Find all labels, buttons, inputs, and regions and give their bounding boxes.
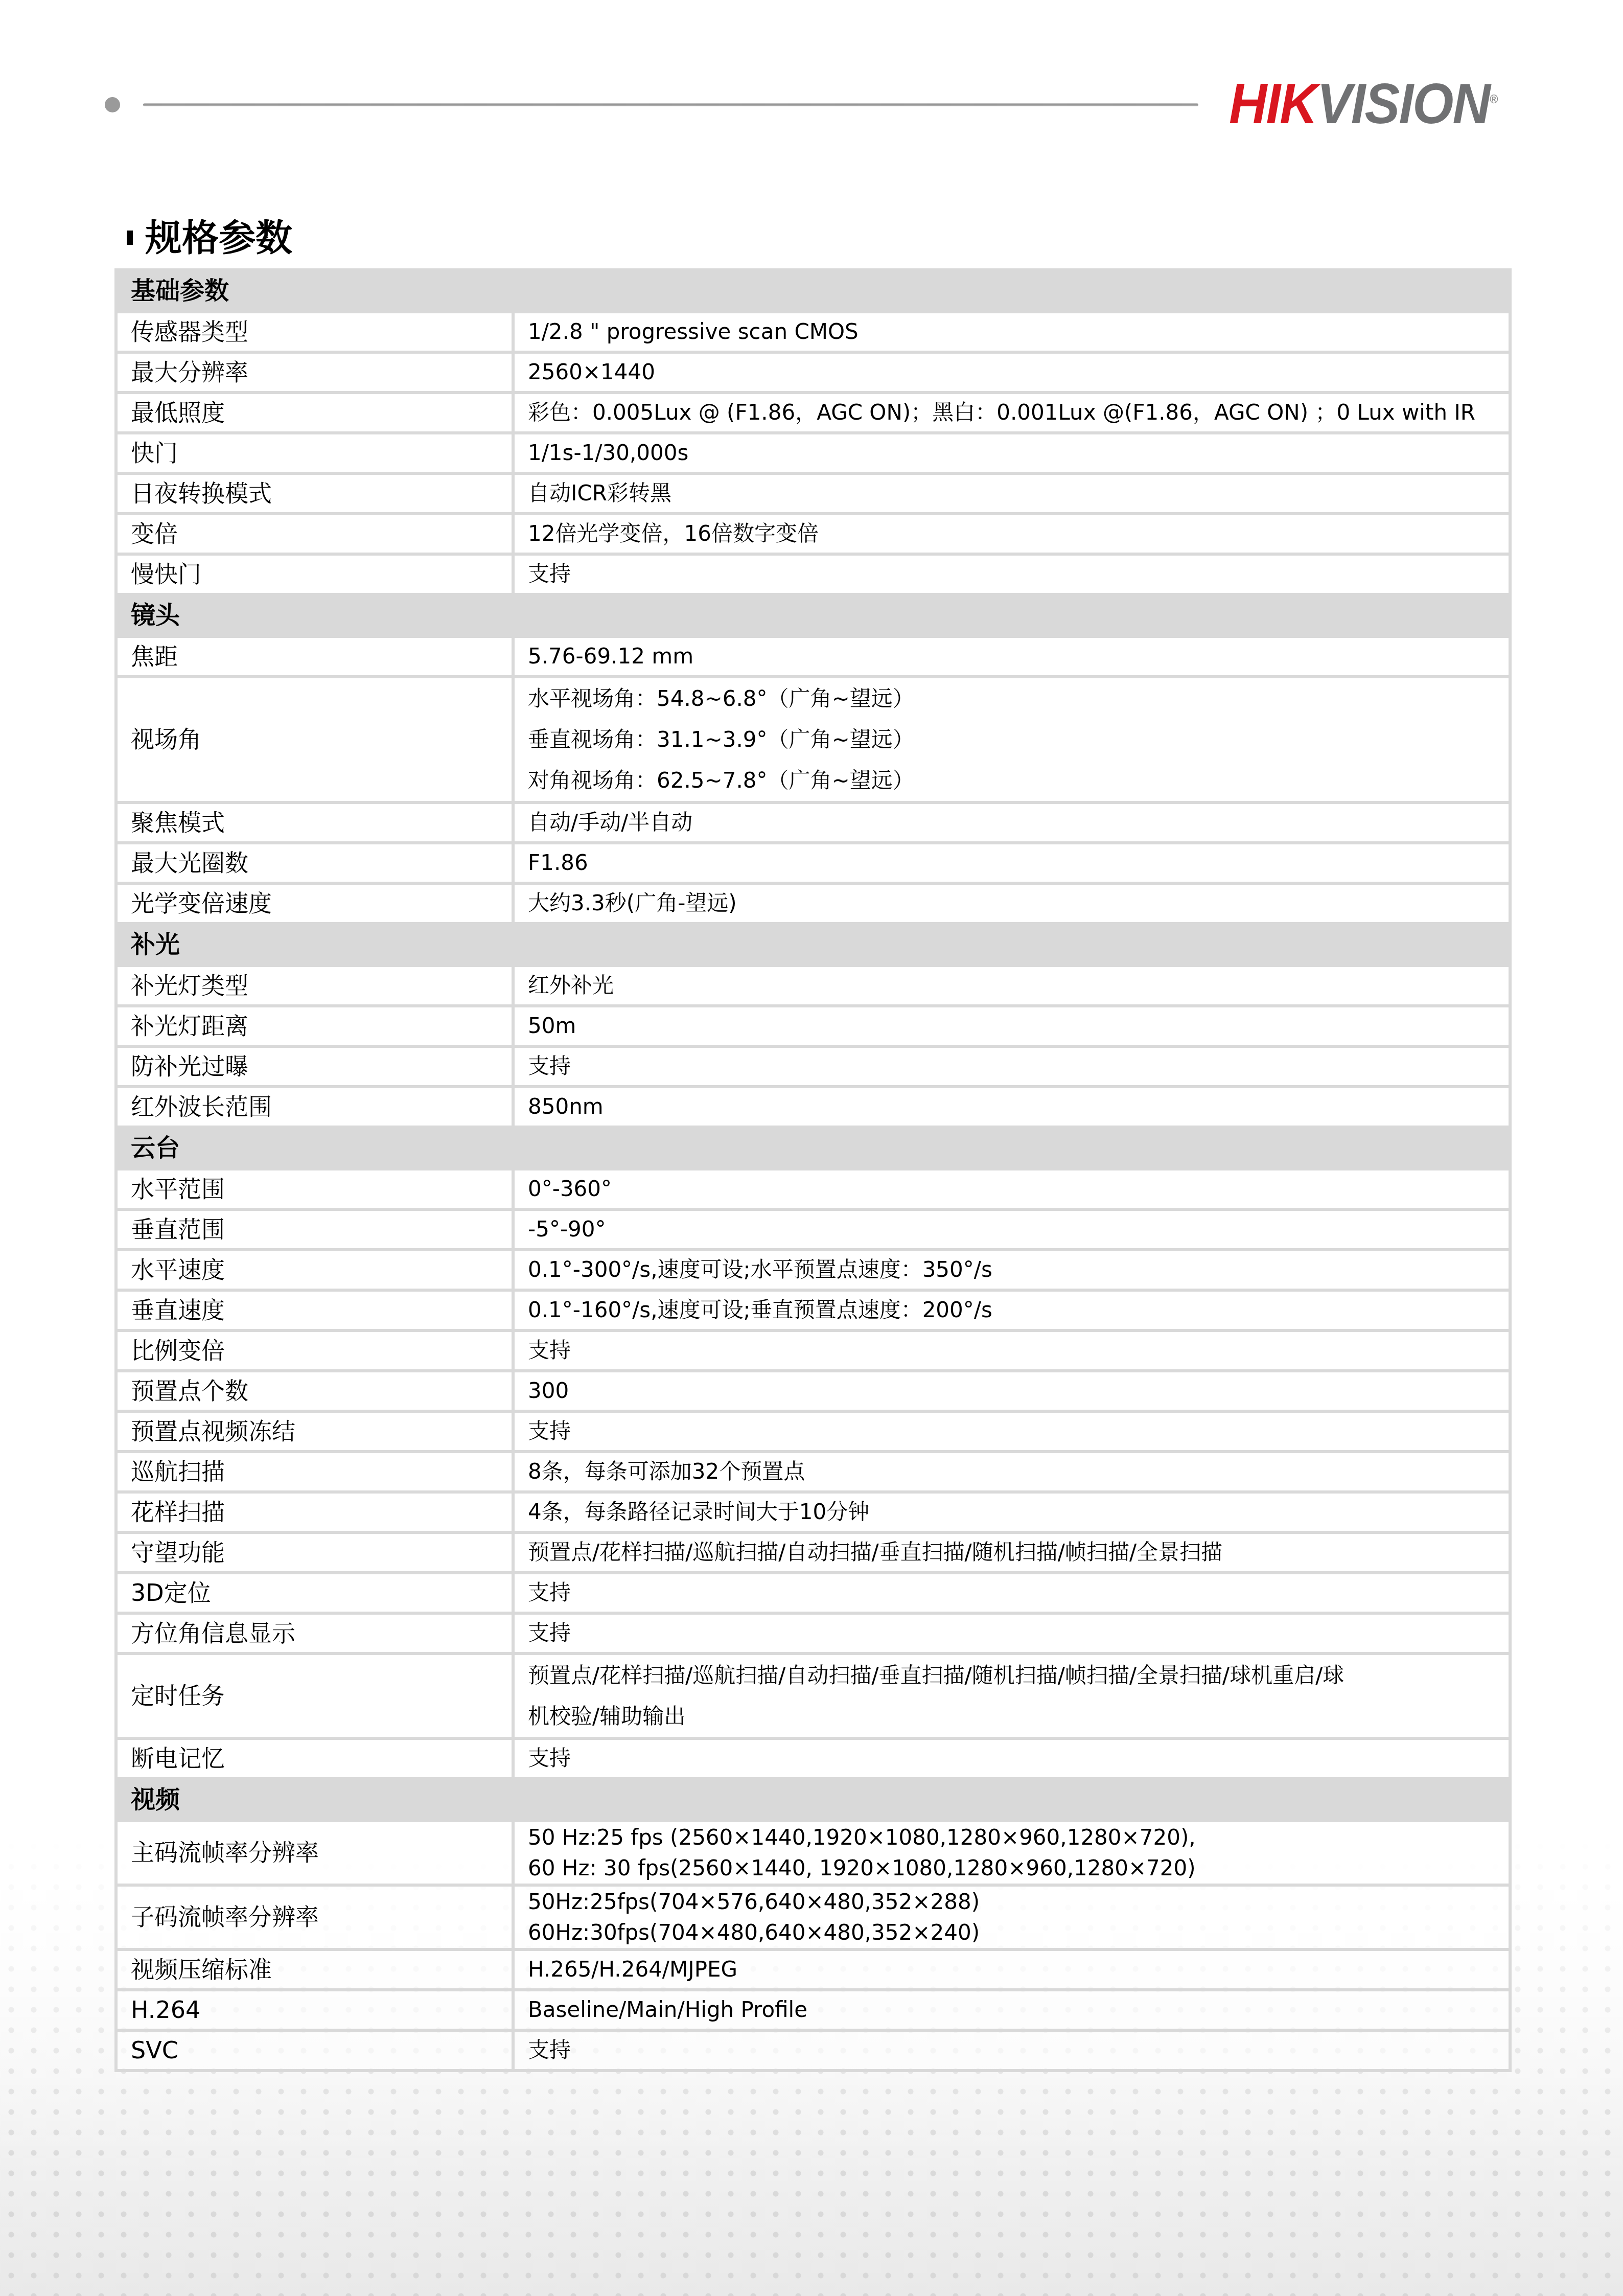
table-row: 传感器类型1/2.8 " progressive scan CMOS	[116, 312, 1510, 352]
spec-value: 300	[513, 1371, 1510, 1411]
table-row: 预置点个数300	[116, 1371, 1510, 1411]
table-row: 补光灯类型红外补光	[116, 966, 1510, 1006]
spec-label: 最大分辨率	[116, 352, 513, 393]
table-row: 预置点视频冻结支持	[116, 1411, 1510, 1452]
registered-mark: ®	[1490, 93, 1497, 106]
section-title-illumination: 补光	[116, 924, 1510, 966]
spec-value: 彩色：0.005Lux @ (F1.86，AGC ON)；黑白：0.001Lux…	[513, 393, 1510, 433]
spec-value: 预置点/花样扫描/巡航扫描/自动扫描/垂直扫描/随机扫描/帧扫描/全景扫描/球机…	[513, 1654, 1510, 1738]
spec-value: F1.86	[513, 843, 1510, 883]
section-header: 补光	[116, 924, 1510, 966]
spec-value: H.265/H.264/MJPEG	[513, 1949, 1510, 1990]
table-row: 红外波长范围850nm	[116, 1087, 1510, 1127]
table-row: 断电记忆支持	[116, 1738, 1510, 1779]
table-row: 聚焦模式自动/手动/半自动	[116, 802, 1510, 843]
spec-label: 视频压缩标准	[116, 1949, 513, 1990]
page-title: 规格参数	[127, 215, 292, 261]
table-row: 防补光过曝支持	[116, 1046, 1510, 1087]
table-row: 3D定位支持	[116, 1573, 1510, 1613]
spec-value-line: 垂直视场角：31.1~3.9°（广角~望远）	[528, 719, 1495, 760]
section-title-video: 视频	[116, 1779, 1510, 1821]
spec-label: 光学变倍速度	[116, 883, 513, 924]
spec-label: 防补光过曝	[116, 1046, 513, 1087]
table-row: 方位角信息显示支持	[116, 1613, 1510, 1654]
spec-label: 花样扫描	[116, 1492, 513, 1532]
spec-label: 聚焦模式	[116, 802, 513, 843]
spec-label: 守望功能	[116, 1532, 513, 1573]
spec-label: 垂直速度	[116, 1290, 513, 1330]
table-row: H.264Baseline/Main/High Profile	[116, 1990, 1510, 2030]
spec-label: 主码流帧率分辨率	[116, 1821, 513, 1885]
spec-value: Baseline/Main/High Profile	[513, 1990, 1510, 2030]
spec-label: 子码流帧率分辨率	[116, 1885, 513, 1949]
spec-label: 水平速度	[116, 1250, 513, 1290]
spec-value: 1/2.8 " progressive scan CMOS	[513, 312, 1510, 352]
spec-label: 比例变倍	[116, 1330, 513, 1371]
spec-value-line: 对角视场角：62.5~7.8°（广角~望远）	[528, 760, 1495, 801]
table-row: 变倍12倍光学变倍，16倍数字变倍	[116, 514, 1510, 554]
spec-value: 自动ICR彩转黑	[513, 473, 1510, 514]
section-title-ptz: 云台	[116, 1127, 1510, 1169]
section-title-basic: 基础参数	[116, 270, 1510, 312]
spec-label: 巡航扫描	[116, 1452, 513, 1492]
section-header: 云台	[116, 1127, 1510, 1169]
spec-label: 预置点个数	[116, 1371, 513, 1411]
spec-value: 支持	[513, 1330, 1510, 1371]
table-row: SVC支持	[116, 2030, 1510, 2071]
spec-value: 支持	[513, 1738, 1510, 1779]
table-row: 焦距5.76-69.12 mm	[116, 636, 1510, 677]
spec-label: 快门	[116, 433, 513, 473]
table-row: 快门1/1s-1/30,000s	[116, 433, 1510, 473]
spec-label: 断电记忆	[116, 1738, 513, 1779]
table-row: 子码流帧率分辨率 50Hz:25fps(704×576,640×480,352×…	[116, 1885, 1510, 1949]
spec-label: 变倍	[116, 514, 513, 554]
table-row: 最大光圈数F1.86	[116, 843, 1510, 883]
spec-label: 红外波长范围	[116, 1087, 513, 1127]
table-row: 水平范围0°-360°	[116, 1169, 1510, 1209]
hikvision-logo: HIKVISION®	[1229, 76, 1497, 132]
table-row: 补光灯距离50m	[116, 1006, 1510, 1046]
spec-value: 8条，每条可添加32个预置点	[513, 1452, 1510, 1492]
table-row: 垂直速度0.1°-160°/s,速度可设;垂直预置点速度：200°/s	[116, 1290, 1510, 1330]
spec-table: 基础参数 传感器类型1/2.8 " progressive scan CMOS …	[114, 268, 1512, 2072]
header-dot-icon	[105, 97, 120, 112]
table-row: 光学变倍速度大约3.3秒(广角-望远)	[116, 883, 1510, 924]
spec-label: 日夜转换模式	[116, 473, 513, 514]
spec-value: 50m	[513, 1006, 1510, 1046]
table-row: 最低照度彩色：0.005Lux @ (F1.86，AGC ON)；黑白：0.00…	[116, 393, 1510, 433]
header-rule	[143, 103, 1198, 106]
table-row: 花样扫描4条，每条路径记录时间大于10分钟	[116, 1492, 1510, 1532]
table-row: 比例变倍支持	[116, 1330, 1510, 1371]
spec-value: 支持	[513, 1046, 1510, 1087]
spec-value: 0°-360°	[513, 1169, 1510, 1209]
section-title-lens: 镜头	[116, 594, 1510, 636]
spec-label: 方位角信息显示	[116, 1613, 513, 1654]
page-title-text: 规格参数	[145, 215, 292, 261]
spec-label: 视场角	[116, 677, 513, 802]
spec-label: 补光灯类型	[116, 966, 513, 1006]
table-row: 最大分辨率2560×1440	[116, 352, 1510, 393]
spec-value: 4条，每条路径记录时间大于10分钟	[513, 1492, 1510, 1532]
spec-label: 最低照度	[116, 393, 513, 433]
spec-value-line: 60 Hz: 30 fps(2560×1440, 1920×1080,1280×…	[528, 1853, 1495, 1884]
logo-vision: VISION	[1317, 72, 1490, 135]
spec-value: 支持	[513, 1613, 1510, 1654]
spec-value: 1/1s-1/30,000s	[513, 433, 1510, 473]
section-header: 视频	[116, 1779, 1510, 1821]
spec-label: 传感器类型	[116, 312, 513, 352]
spec-value: 50Hz:25fps(704×576,640×480,352×288) 60Hz…	[513, 1885, 1510, 1949]
table-row: 日夜转换模式自动ICR彩转黑	[116, 473, 1510, 514]
spec-label: 补光灯距离	[116, 1006, 513, 1046]
spec-value-line: 50 Hz:25 fps (2560×1440,1920×1080,1280×9…	[528, 1822, 1495, 1853]
spec-label: SVC	[116, 2030, 513, 2071]
spec-label: 慢快门	[116, 554, 513, 594]
table-row: 巡航扫描8条，每条可添加32个预置点	[116, 1452, 1510, 1492]
spec-value: 水平视场角：54.8~6.8°（广角~望远） 垂直视场角：31.1~3.9°（广…	[513, 677, 1510, 802]
spec-value: 12倍光学变倍，16倍数字变倍	[513, 514, 1510, 554]
spec-value: 50 Hz:25 fps (2560×1440,1920×1080,1280×9…	[513, 1821, 1510, 1885]
spec-value: 0.1°-300°/s,速度可设;水平预置点速度：350°/s	[513, 1250, 1510, 1290]
spec-value: 大约3.3秒(广角-望远)	[513, 883, 1510, 924]
title-bullet-icon	[127, 231, 133, 245]
table-row: 视频压缩标准H.265/H.264/MJPEG	[116, 1949, 1510, 1990]
header-divider	[105, 97, 1203, 112]
spec-label: 预置点视频冻结	[116, 1411, 513, 1452]
table-row: 垂直范围-5°-90°	[116, 1209, 1510, 1250]
table-row: 主码流帧率分辨率 50 Hz:25 fps (2560×1440,1920×10…	[116, 1821, 1510, 1885]
spec-value-line: 机校验/辅助输出	[528, 1696, 1495, 1737]
table-row: 定时任务 预置点/花样扫描/巡航扫描/自动扫描/垂直扫描/随机扫描/帧扫描/全景…	[116, 1654, 1510, 1738]
table-row: 慢快门支持	[116, 554, 1510, 594]
spec-value: 支持	[513, 2030, 1510, 2071]
spec-value: 红外补光	[513, 966, 1510, 1006]
spec-value: 支持	[513, 1573, 1510, 1613]
spec-value-line: 预置点/花样扫描/巡航扫描/自动扫描/垂直扫描/随机扫描/帧扫描/全景扫描/球机…	[528, 1655, 1495, 1696]
spec-label: 垂直范围	[116, 1209, 513, 1250]
spec-value: 支持	[513, 1411, 1510, 1452]
spec-value-line: 60Hz:30fps(704×480,640×480,352×240)	[528, 1917, 1495, 1948]
spec-value: 自动/手动/半自动	[513, 802, 1510, 843]
spec-value: 0.1°-160°/s,速度可设;垂直预置点速度：200°/s	[513, 1290, 1510, 1330]
section-header: 镜头	[116, 594, 1510, 636]
spec-label: 水平范围	[116, 1169, 513, 1209]
table-row: 视场角 水平视场角：54.8~6.8°（广角~望远） 垂直视场角：31.1~3.…	[116, 677, 1510, 802]
section-header: 基础参数	[116, 270, 1510, 312]
spec-label: 定时任务	[116, 1654, 513, 1738]
spec-value-line: 50Hz:25fps(704×576,640×480,352×288)	[528, 1887, 1495, 1917]
spec-value: 预置点/花样扫描/巡航扫描/自动扫描/垂直扫描/随机扫描/帧扫描/全景扫描	[513, 1532, 1510, 1573]
spec-label: 最大光圈数	[116, 843, 513, 883]
spec-value: 850nm	[513, 1087, 1510, 1127]
spec-label: H.264	[116, 1990, 513, 2030]
spec-value: -5°-90°	[513, 1209, 1510, 1250]
spec-value: 2560×1440	[513, 352, 1510, 393]
table-row: 水平速度0.1°-300°/s,速度可设;水平预置点速度：350°/s	[116, 1250, 1510, 1290]
table-row: 守望功能预置点/花样扫描/巡航扫描/自动扫描/垂直扫描/随机扫描/帧扫描/全景扫…	[116, 1532, 1510, 1573]
logo-hik: HIK	[1229, 72, 1317, 135]
spec-value-line: 水平视场角：54.8~6.8°（广角~望远）	[528, 678, 1495, 719]
spec-value: 支持	[513, 554, 1510, 594]
spec-value: 5.76-69.12 mm	[513, 636, 1510, 677]
spec-label: 3D定位	[116, 1573, 513, 1613]
spec-label: 焦距	[116, 636, 513, 677]
